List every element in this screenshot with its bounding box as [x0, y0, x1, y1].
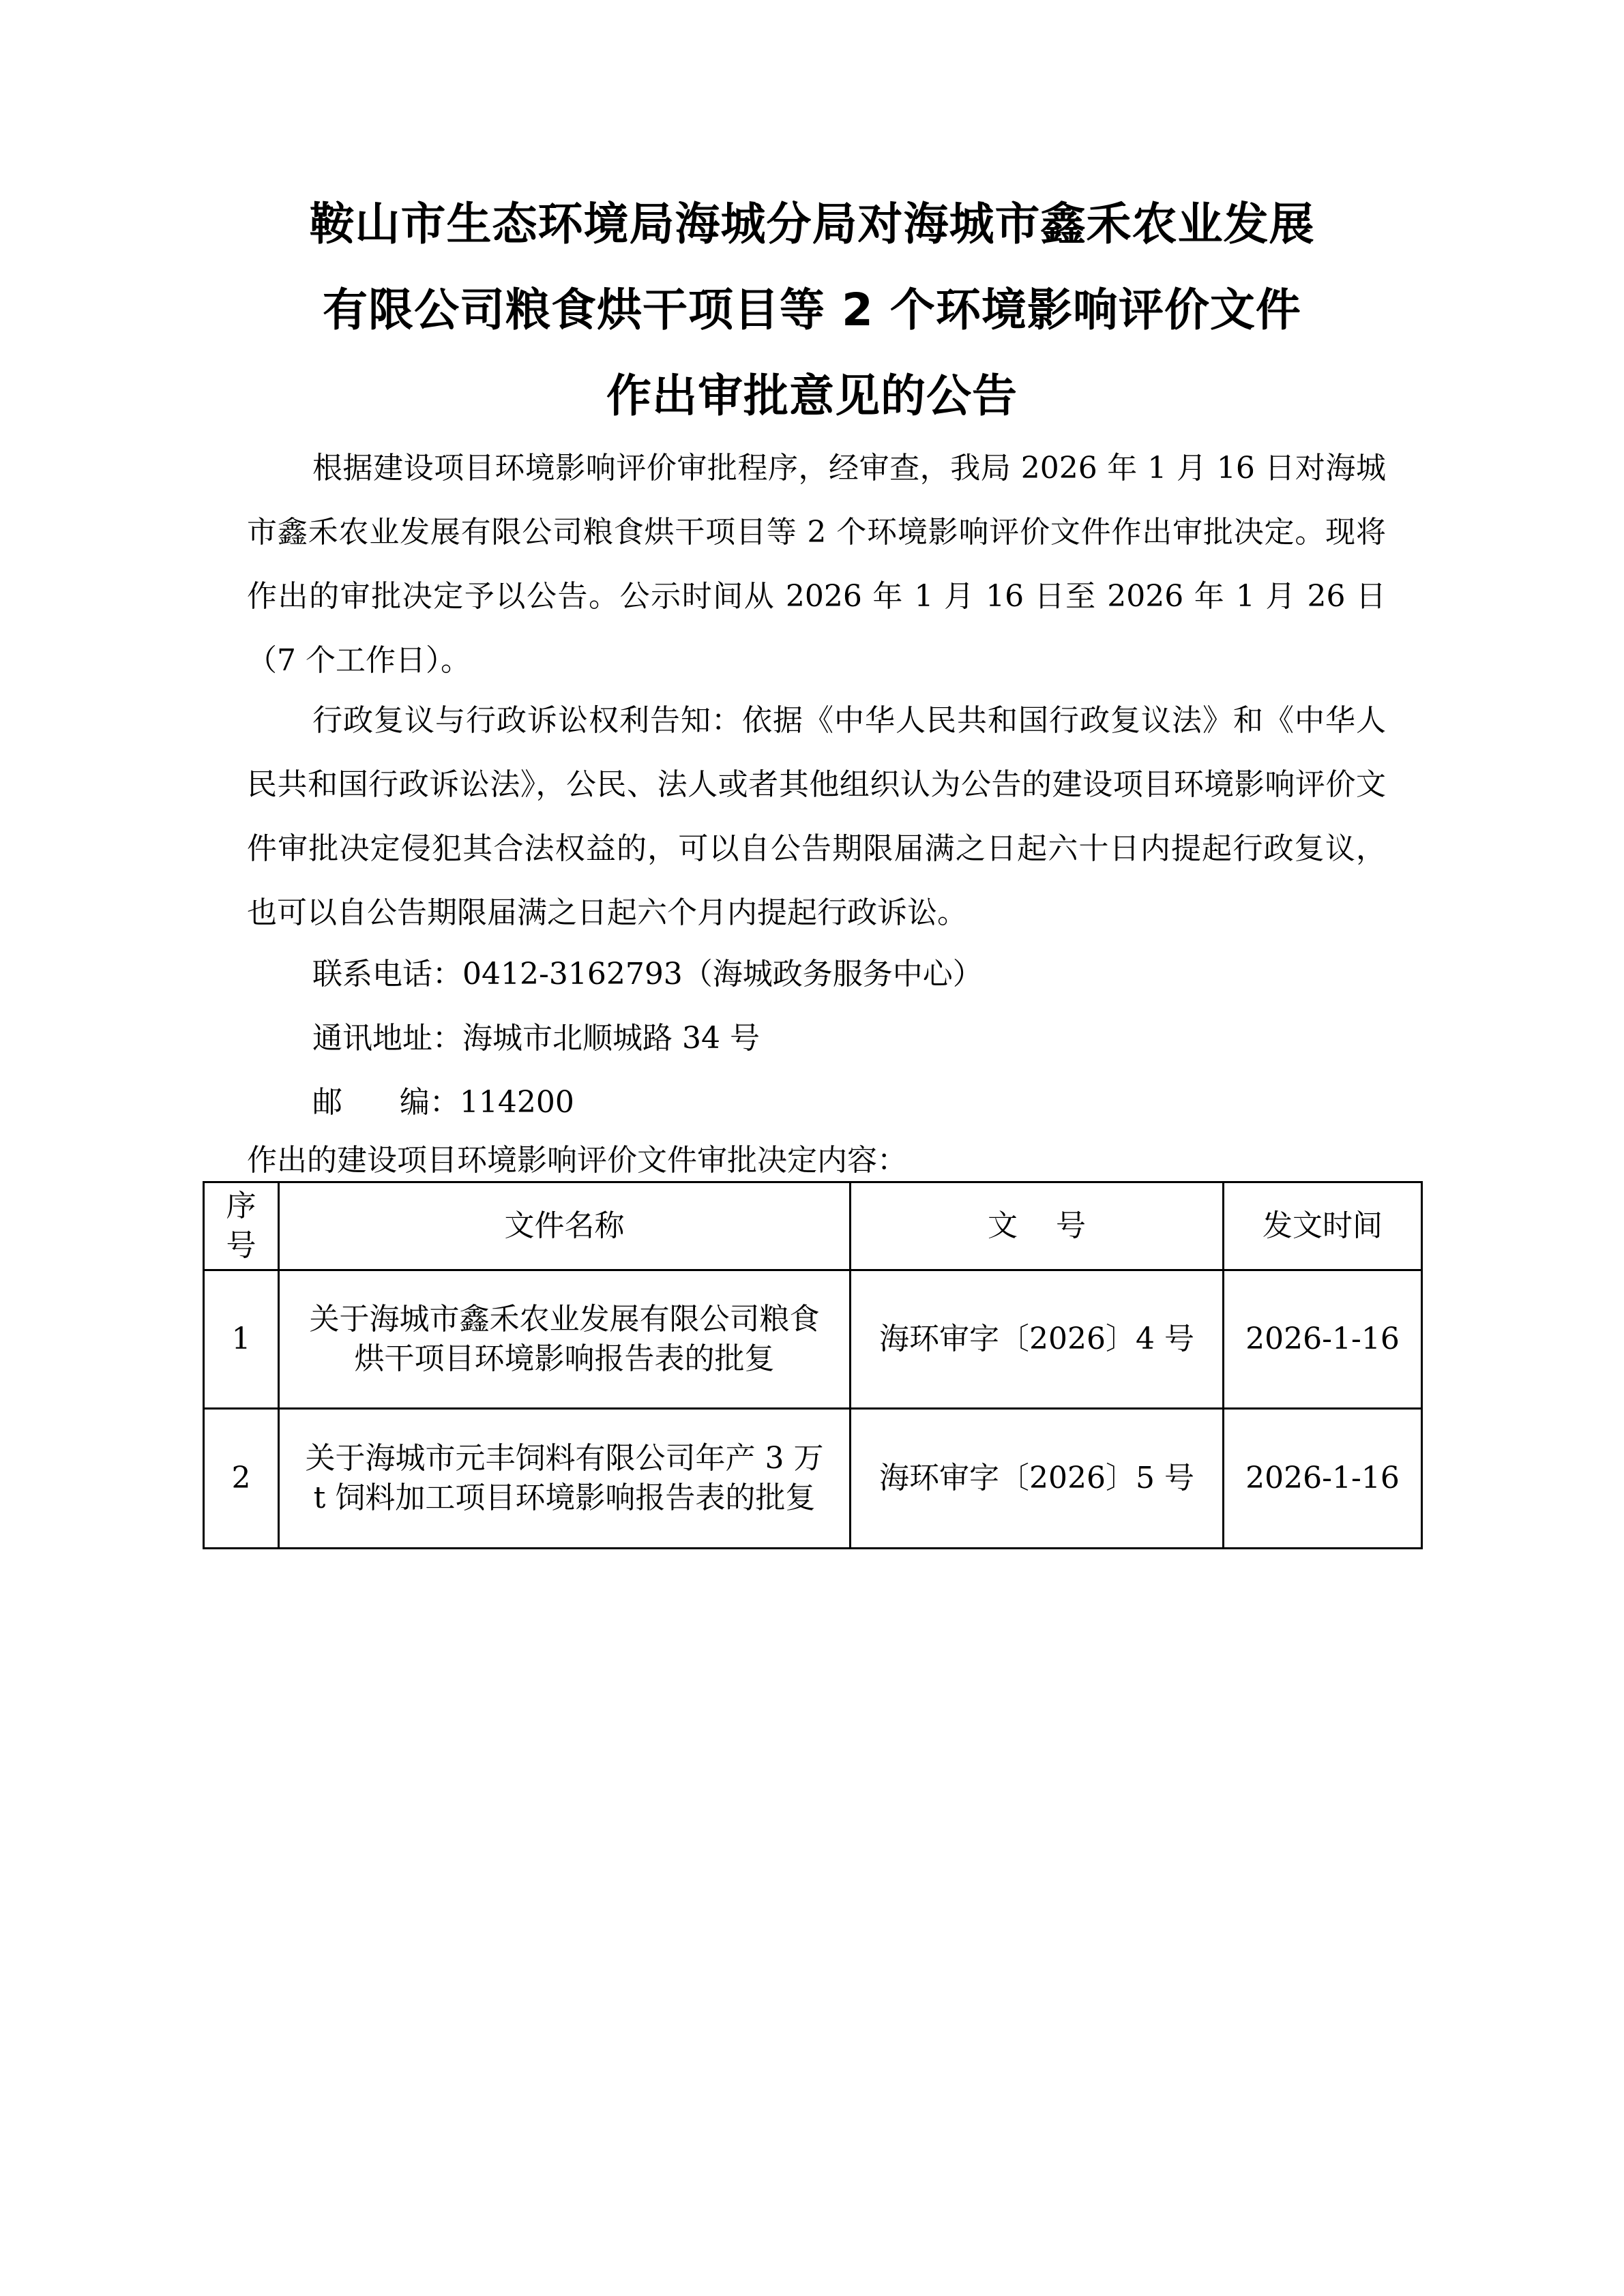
table-header-row: 序 号 文件名称 文 号 发文时间: [204, 1182, 1422, 1270]
cell-issue-date: 2026-1-16: [1224, 1409, 1422, 1549]
cell-serial-number: 2: [204, 1409, 279, 1549]
document-title-line-3: 作出审批意见的公告: [0, 374, 1624, 419]
table-intro: 作出的建设项目环境影响评价文件审批决定内容：: [247, 1140, 907, 1181]
address-label: 通讯地址：: [312, 1021, 462, 1056]
contact-phone: 联系电话：0412-3162793（海城政务服务中心）: [312, 942, 983, 1007]
rights-notice-paragraph: 行政复议与行政诉讼权利告知：依据《中华人民共和国行政复议法》和《中华人民共和国行…: [247, 689, 1386, 945]
cell-issue-date: 2026-1-16: [1224, 1270, 1422, 1409]
phone-value: 0412-3162793（海城政务服务中心）: [462, 957, 983, 992]
table-row: 2 关于海城市元丰饲料有限公司年产 3 万 t 饲料加工项目环境影响报告表的批复…: [204, 1409, 1422, 1549]
table-row: 1 关于海城市鑫禾农业发展有限公司粮食烘干项目环境影响报告表的批复 海环审字〔2…: [204, 1270, 1422, 1409]
header-document-number: 文 号: [851, 1182, 1224, 1270]
postcode-label: 邮 编：: [312, 1085, 460, 1120]
address-value: 海城市北顺城路 34 号: [462, 1021, 760, 1056]
header-document-name: 文件名称: [279, 1182, 851, 1270]
header-serial-number: 序 号: [204, 1182, 279, 1270]
cell-serial-number: 1: [204, 1270, 279, 1409]
contact-postcode: 邮 编：114200: [312, 1071, 574, 1135]
phone-label: 联系电话：: [312, 957, 462, 992]
cell-document-number: 海环审字〔2026〕4 号: [851, 1270, 1224, 1409]
document-title-line-2: 有限公司粮食烘干项目等 2 个环境影响评价文件: [0, 288, 1624, 333]
cell-document-name: 关于海城市鑫禾农业发展有限公司粮食烘干项目环境影响报告表的批复: [279, 1270, 851, 1409]
header-issue-date: 发文时间: [1224, 1182, 1422, 1270]
cell-document-number: 海环审字〔2026〕5 号: [851, 1409, 1224, 1549]
cell-document-name: 关于海城市元丰饲料有限公司年产 3 万 t 饲料加工项目环境影响报告表的批复: [279, 1409, 851, 1549]
document-title-line-1: 鞍山市生态环境局海城分局对海城市鑫禾农业发展: [0, 202, 1624, 247]
approval-decisions-table: 序 号 文件名称 文 号 发文时间 1 关于海城市鑫禾农业发展有限公司粮食烘干项…: [203, 1181, 1423, 1549]
announcement-paragraph: 根据建设项目环境影响评价审批程序，经审查，我局 2026 年 1 月 16 日对…: [247, 436, 1386, 693]
contact-address: 通讯地址：海城市北顺城路 34 号: [312, 1007, 760, 1071]
postcode-value: 114200: [460, 1085, 574, 1120]
